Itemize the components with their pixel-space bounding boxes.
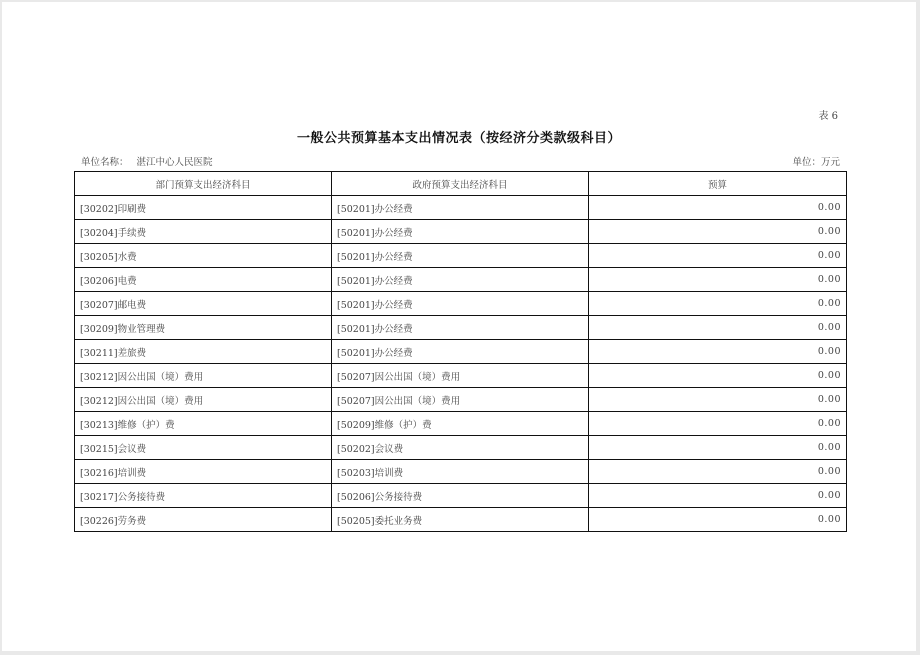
- page-title: 一般公共预算基本支出情况表（按经济分类款级科目）: [2, 127, 916, 146]
- dept-subject-cell: [30212]因公出国（境）费用: [75, 388, 332, 412]
- dept-subject-cell: [30206]电费: [75, 268, 332, 292]
- dept-subject-cell: [30215]会议费: [75, 436, 332, 460]
- table-row: [30209]物业管理费 [50201]办公经费 0.00: [75, 316, 847, 340]
- gov-subject-cell: [50201]办公经费: [332, 268, 589, 292]
- budget-cell: 0.00: [589, 508, 847, 532]
- budget-cell: 0.00: [589, 268, 847, 292]
- table-row: [30217]公务接待费 [50206]公务接待费 0.00: [75, 484, 847, 508]
- gov-subject-cell: [50201]办公经费: [332, 292, 589, 316]
- gov-subject-cell: [50207]因公出国（境）费用: [332, 364, 589, 388]
- budget-cell: 0.00: [589, 364, 847, 388]
- dept-subject-cell: [30205]水费: [75, 244, 332, 268]
- table-row: [30212]因公出国（境）费用 [50207]因公出国（境）费用 0.00: [75, 388, 847, 412]
- table-row: [30207]邮电费 [50201]办公经费 0.00: [75, 292, 847, 316]
- table-row: [30205]水费 [50201]办公经费 0.00: [75, 244, 847, 268]
- table-row: [30211]差旅费 [50201]办公经费 0.00: [75, 340, 847, 364]
- dept-subject-cell: [30207]邮电费: [75, 292, 332, 316]
- dept-subject-cell: [30217]公务接待费: [75, 484, 332, 508]
- table-header-row: 部门预算支出经济科目 政府预算支出经济科目 预算: [75, 172, 847, 196]
- budget-cell: 0.00: [589, 460, 847, 484]
- budget-cell: 0.00: [589, 196, 847, 220]
- budget-cell: 0.00: [589, 484, 847, 508]
- gov-subject-cell: [50201]办公经费: [332, 340, 589, 364]
- currency-unit: 单位：万元: [792, 154, 840, 168]
- header-gov-subject: 政府预算支出经济科目: [332, 172, 589, 196]
- gov-subject-cell: [50205]委托业务费: [332, 508, 589, 532]
- dept-subject-cell: [30202]印刷费: [75, 196, 332, 220]
- dept-subject-cell: [30213]维修（护）费: [75, 412, 332, 436]
- unit-name-value: 湛江中心人民医院: [137, 157, 213, 168]
- gov-subject-cell: [50202]会议费: [332, 436, 589, 460]
- budget-cell: 0.00: [589, 412, 847, 436]
- table-row: [30215]会议费 [50202]会议费 0.00: [75, 436, 847, 460]
- dept-subject-cell: [30204]手续费: [75, 220, 332, 244]
- gov-subject-cell: [50201]办公经费: [332, 316, 589, 340]
- unit-name-label: 单位名称：: [81, 157, 129, 168]
- table-row: [30226]劳务费 [50205]委托业务费 0.00: [75, 508, 847, 532]
- dept-subject-cell: [30209]物业管理费: [75, 316, 332, 340]
- budget-cell: 0.00: [589, 244, 847, 268]
- budget-cell: 0.00: [589, 436, 847, 460]
- budget-cell: 0.00: [589, 316, 847, 340]
- table-row: [30212]因公出国（境）费用 [50207]因公出国（境）费用 0.00: [75, 364, 847, 388]
- header-dept-subject: 部门预算支出经济科目: [75, 172, 332, 196]
- budget-table: 部门预算支出经济科目 政府预算支出经济科目 预算 [30202]印刷费 [502…: [74, 171, 847, 532]
- unit-name: 单位名称：湛江中心人民医院: [81, 154, 213, 168]
- table-row: [30204]手续费 [50201]办公经费 0.00: [75, 220, 847, 244]
- gov-subject-cell: [50206]公务接待费: [332, 484, 589, 508]
- dept-subject-cell: [30216]培训费: [75, 460, 332, 484]
- gov-subject-cell: [50201]办公经费: [332, 244, 589, 268]
- document-page: 表 6 一般公共预算基本支出情况表（按经济分类款级科目） 单位名称：湛江中心人民…: [2, 2, 916, 651]
- gov-subject-cell: [50209]维修（护）费: [332, 412, 589, 436]
- table-row: [30202]印刷费 [50201]办公经费 0.00: [75, 196, 847, 220]
- table-number: 表 6: [818, 107, 838, 122]
- dept-subject-cell: [30211]差旅费: [75, 340, 332, 364]
- budget-cell: 0.00: [589, 388, 847, 412]
- budget-cell: 0.00: [589, 292, 847, 316]
- dept-subject-cell: [30212]因公出国（境）费用: [75, 364, 332, 388]
- table-row: [30206]电费 [50201]办公经费 0.00: [75, 268, 847, 292]
- header-budget: 预算: [589, 172, 847, 196]
- table-row: [30216]培训费 [50203]培训费 0.00: [75, 460, 847, 484]
- gov-subject-cell: [50207]因公出国（境）费用: [332, 388, 589, 412]
- gov-subject-cell: [50201]办公经费: [332, 220, 589, 244]
- budget-cell: 0.00: [589, 340, 847, 364]
- gov-subject-cell: [50203]培训费: [332, 460, 589, 484]
- table-row: [30213]维修（护）费 [50209]维修（护）费 0.00: [75, 412, 847, 436]
- gov-subject-cell: [50201]办公经费: [332, 196, 589, 220]
- dept-subject-cell: [30226]劳务费: [75, 508, 332, 532]
- budget-cell: 0.00: [589, 220, 847, 244]
